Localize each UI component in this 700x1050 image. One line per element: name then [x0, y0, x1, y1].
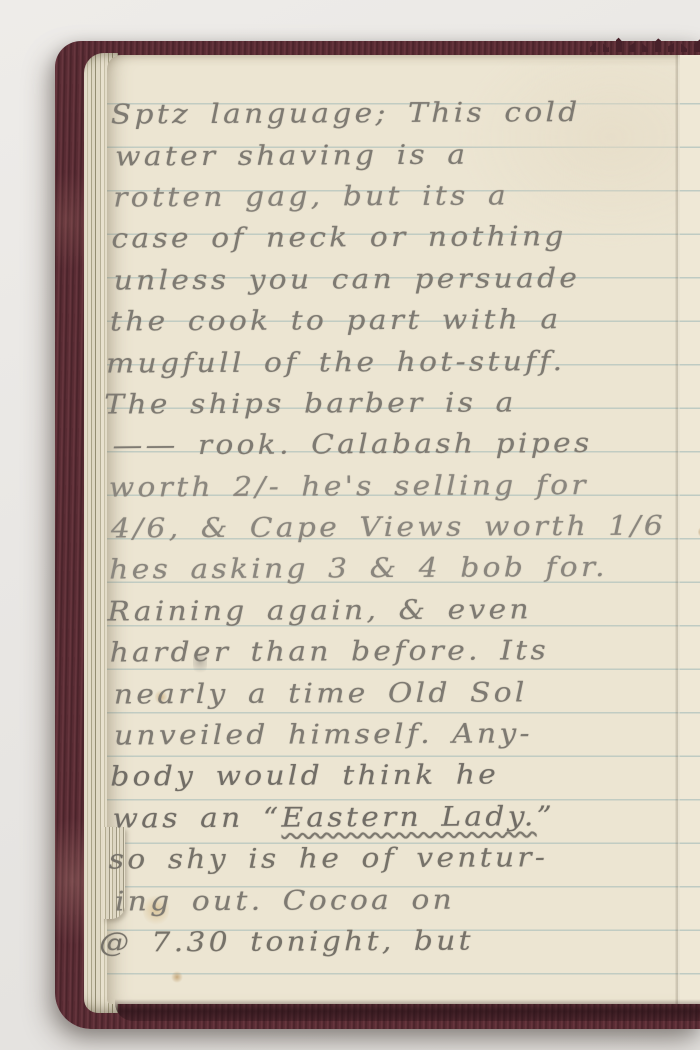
handwriting-line: the cook to part with a — [110, 298, 700, 343]
handwriting-line: water shaving is a — [115, 133, 700, 178]
handwriting-line-eastern-lady: was an “Eastern Lady.” — [112, 795, 700, 840]
handwriting-line: Raining again, & even — [107, 588, 700, 633]
handwriting-line: —— rook. Calabash pipes — [112, 422, 700, 467]
handwriting-text: ” — [536, 801, 555, 832]
cover-bottom-edge — [115, 999, 700, 1021]
handwriting-line: rotten gag, but its a — [113, 174, 700, 219]
handwriting-line: harder than before. Its — [110, 629, 700, 674]
handwriting-line: hes asking 3 & 4 bob for. — [109, 547, 700, 592]
handwriting-line: 4/6, & Cape Views worth 1/6 — [111, 505, 700, 550]
handwriting-block: Sptz language; This cold water shaving i… — [111, 92, 678, 964]
handwriting-line: body would think he — [110, 753, 700, 798]
stain-spot — [171, 971, 183, 983]
handwriting-line: Sptz language; This cold — [111, 91, 700, 136]
handwriting-line: case of neck or nothing — [111, 215, 700, 260]
handwriting-line: nearly a time Old Sol — [114, 671, 700, 716]
handwriting-line: so shy is he of ventur- — [109, 836, 700, 881]
handwriting-line: @ 7.30 tonight, but — [99, 919, 700, 964]
handwriting-line: unveiled himself. Any- — [114, 712, 700, 757]
underlined-phrase: Eastern Lady. — [281, 801, 536, 833]
handwriting-line: ing out. Cocoa on — [115, 878, 700, 923]
handwriting-line: unless you can persuade — [114, 257, 700, 302]
handwriting-line: worth 2/- he's selling for — [109, 464, 700, 509]
notebook: Sptz language; This cold water shaving i… — [55, 41, 700, 1029]
handwriting-text: was an “ — [112, 802, 281, 834]
handwriting-line: mugfull of the hot-stuff. — [106, 340, 700, 385]
handwriting-line: The ships barber is a — [104, 381, 700, 426]
